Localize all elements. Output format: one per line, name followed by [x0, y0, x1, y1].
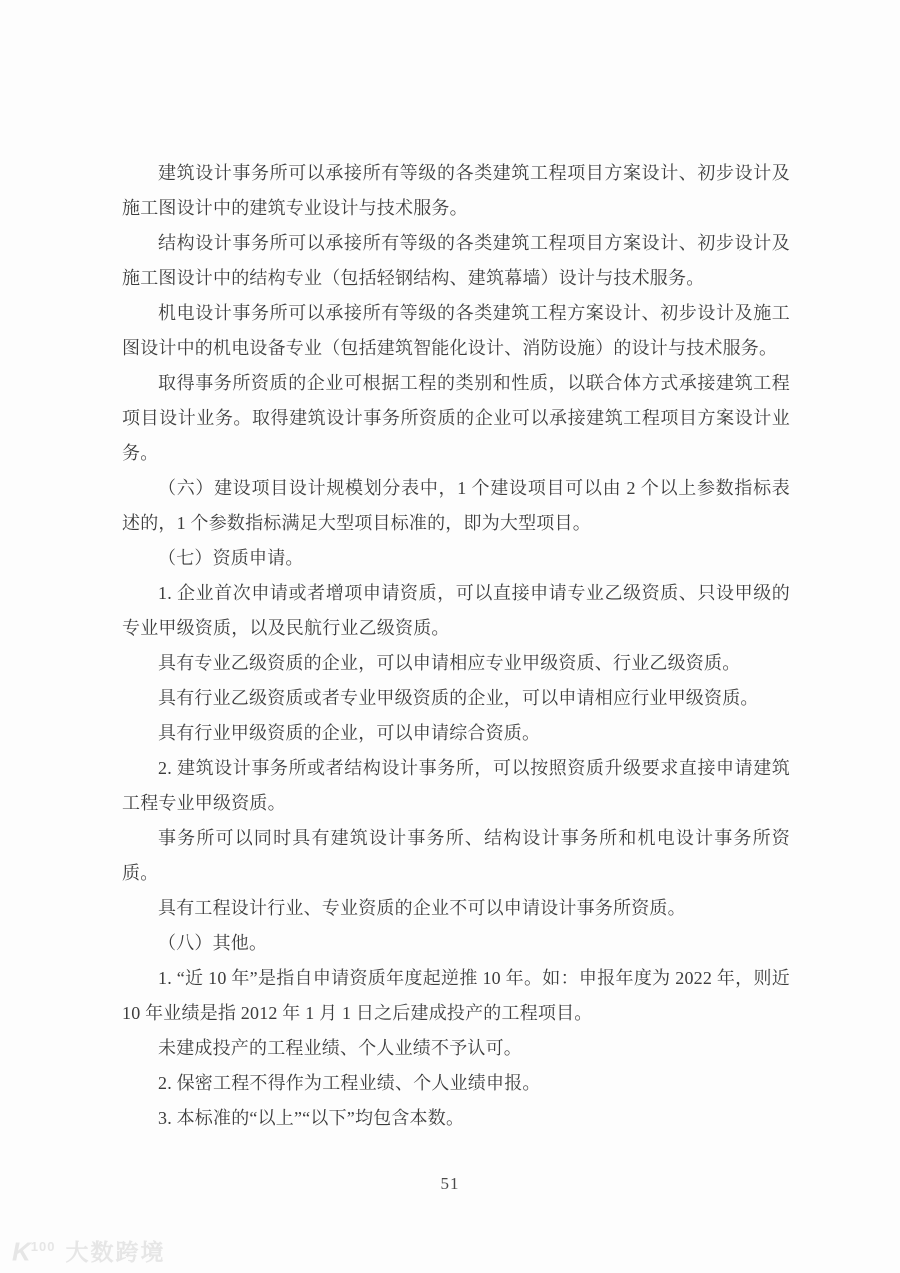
page-number: 51: [0, 1174, 900, 1194]
body-paragraph: 3. 本标准的“以上”“以下”均包含本数。: [122, 1101, 790, 1136]
body-paragraph: 2. 建筑设计事务所或者结构设计事务所，可以按照资质升级要求直接申请建筑工程专业…: [122, 751, 790, 821]
body-paragraph: 具有行业乙级资质或者专业甲级资质的企业，可以申请相应行业甲级资质。: [122, 681, 790, 716]
watermark-brand-text: 大数跨境: [65, 1239, 165, 1265]
body-paragraph: 具有工程设计行业、专业资质的企业不可以申请设计事务所资质。: [122, 891, 790, 926]
body-paragraph: 具有行业甲级资质的企业，可以申请综合资质。: [122, 716, 790, 751]
body-paragraph: 取得事务所资质的企业可根据工程的类别和性质，以联合体方式承接建筑工程项目设计业务…: [122, 366, 790, 471]
body-paragraph: 1. “近 10 年”是指自申请资质年度起逆推 10 年。如：申报年度为 202…: [122, 961, 790, 1031]
body-paragraph-section-8: （八）其他。: [122, 926, 790, 961]
body-paragraph: 结构设计事务所可以承接所有等级的各类建筑工程项目方案设计、初步设计及施工图设计中…: [122, 226, 790, 296]
body-paragraph: 机电设计事务所可以承接所有等级的各类建筑工程方案设计、初步设计及施工图设计中的机…: [122, 296, 790, 366]
body-paragraph: 事务所可以同时具有建筑设计事务所、结构设计事务所和机电设计事务所资质。: [122, 821, 790, 891]
body-paragraph: 具有专业乙级资质的企业，可以申请相应专业甲级资质、行业乙级资质。: [122, 646, 790, 681]
body-paragraph: 2. 保密工程不得作为工程业绩、个人业绩申报。: [122, 1066, 790, 1101]
document-body: 建筑设计事务所可以承接所有等级的各类建筑工程项目方案设计、初步设计及施工图设计中…: [122, 156, 790, 1136]
watermark: K100 大数跨境: [12, 1234, 165, 1265]
body-paragraph: 1. 企业首次申请或者增项申请资质，可以直接申请专业乙级资质、只设甲级的专业甲级…: [122, 576, 790, 646]
body-paragraph: 建筑设计事务所可以承接所有等级的各类建筑工程项目方案设计、初步设计及施工图设计中…: [122, 156, 790, 226]
watermark-logo-icon: K100: [12, 1234, 55, 1265]
body-paragraph-section-6: （六）建设项目设计规模划分表中，1 个建设项目可以由 2 个以上参数指标表述的，…: [122, 471, 790, 541]
document-page: 建筑设计事务所可以承接所有等级的各类建筑工程项目方案设计、初步设计及施工图设计中…: [0, 0, 900, 1273]
body-paragraph-section-7: （七）资质申请。: [122, 541, 790, 576]
body-paragraph: 未建成投产的工程业绩、个人业绩不予认可。: [122, 1031, 790, 1066]
